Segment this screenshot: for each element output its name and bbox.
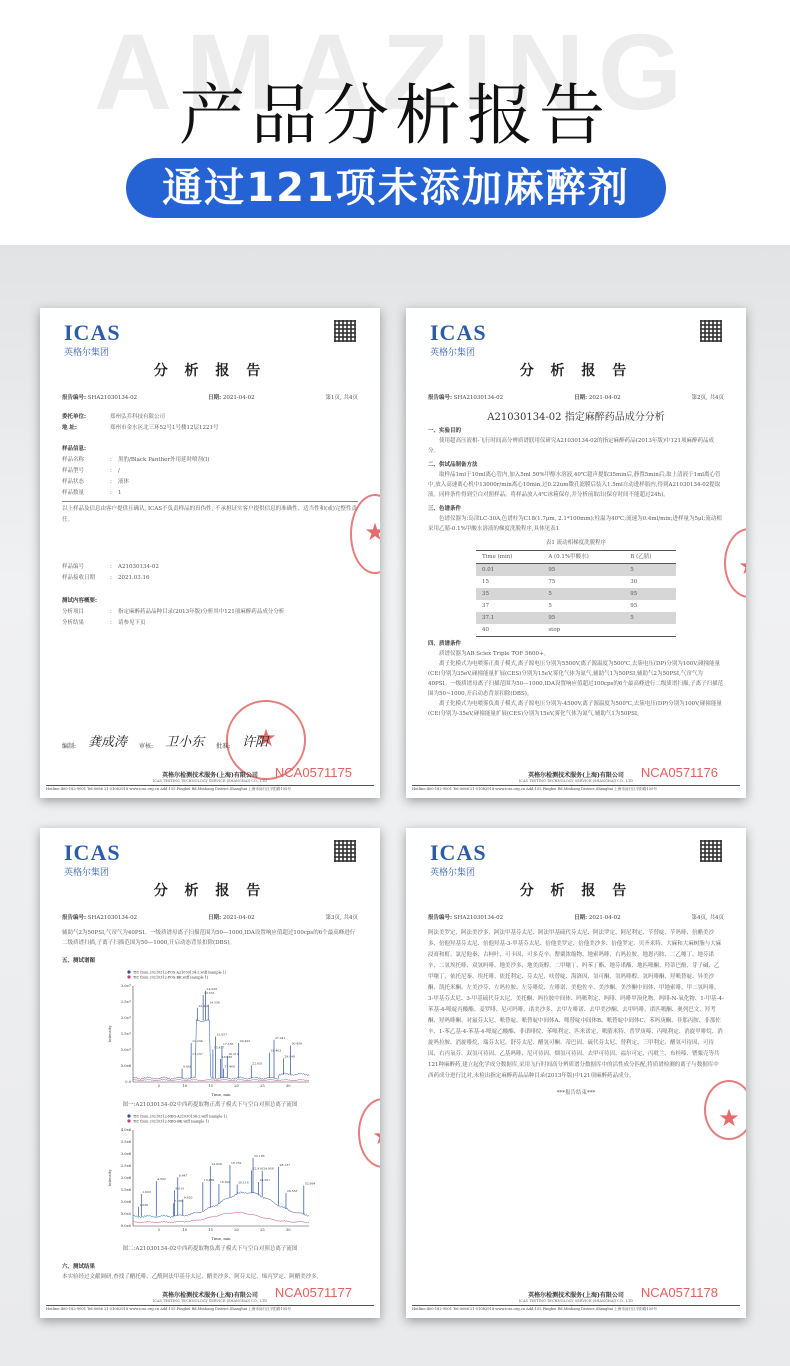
field-row: 样品编号:A21030134-02 (62, 562, 358, 573)
table-cell: 35 (476, 588, 542, 600)
sample-info-heading: 样品信息: (62, 444, 358, 455)
page-number: 第3页, 共4页 (325, 913, 358, 921)
qr-code-icon (334, 320, 356, 342)
svg-text:15.937: 15.937 (216, 1033, 227, 1037)
field-row: 样品名称:黑豹/Black Panther外用延时喷剂(I) (62, 455, 358, 466)
disclaimer: 以上样品及信息由客户提供且确认, ICAS不负责样品的真伪性, 不承担证实客户提… (62, 504, 358, 526)
report-meta: 报告编号: SHA21030134-02 日期: 2021-04-02 第4页,… (428, 913, 724, 921)
svg-text:24.261: 24.261 (260, 1178, 271, 1182)
prepared-signature: 龚成涛 (88, 731, 127, 750)
table-cell: 40 (476, 624, 542, 637)
report-date: 2021-04-02 (589, 915, 621, 921)
doc-title: 分 析 报 告 (406, 360, 746, 380)
svg-text:1.5e6: 1.5e6 (121, 1188, 132, 1192)
table-header: B (乙腈) (624, 551, 676, 564)
field-value: 请参见下页 (118, 618, 146, 629)
field-label: 样品型号 (62, 466, 110, 477)
report-date: 2021-04-02 (223, 915, 255, 921)
client-info: 委托单位:郑州弘乔科技有限公司 地 址:郑州市金水区北三环52号1号楼12层12… (62, 412, 358, 629)
table-row: 37595 (476, 600, 676, 612)
section-text: 色谱仪器为:岛津LC-30A,色谱柱为C18(1.7μm, 2.1*100mm)… (428, 514, 724, 534)
table-cell: 5 (624, 612, 676, 624)
chart-section-heading: 五、测试谱图 (62, 956, 358, 966)
test-fields: 分析项目:指定麻醉药品品种目录(2013年版)分析其中121项麻醉药品成分分析分… (62, 607, 358, 629)
svg-text:20.118: 20.118 (238, 1180, 249, 1184)
table-header: Time (min) (476, 551, 542, 564)
svg-text:29.553: 29.553 (287, 1189, 298, 1193)
analysis-subtitle: A21030134-02 指定麻醉药品成分分析 (406, 408, 746, 423)
svg-text:17.185: 17.185 (223, 1042, 234, 1046)
logo-subtext: 英格尔集团 (64, 865, 121, 878)
table-cell: 75 (542, 576, 624, 588)
table-row: 35595 (476, 588, 676, 600)
field-row: 样品型号:/ (62, 466, 358, 477)
field-colon: : (110, 607, 118, 618)
contact-line: Hotline:400-182-9001 Tel:0086 21-5108291… (46, 1305, 374, 1312)
table-cell: 95 (624, 600, 676, 612)
svg-text:20: 20 (234, 1228, 239, 1232)
seal-edge-icon (704, 1080, 746, 1140)
svg-text:8.015: 8.015 (175, 1186, 184, 1190)
result-heading: 六、测试结果 (62, 1262, 358, 1272)
svg-text:20.422: 20.422 (240, 1039, 251, 1043)
svg-text:20: 20 (234, 1084, 239, 1088)
page-number: 第2页, 共4页 (691, 393, 724, 401)
table-cell: 0.01 (476, 564, 542, 577)
field-colon: : (110, 488, 118, 499)
ms-paragraph: 质谱仪器为AB Sciex Triple TOF 5600+。 (428, 649, 724, 659)
report-page-1[interactable]: ICAS 英格尔集团 分 析 报 告 报告编号: SHA21030134-02 … (40, 308, 380, 798)
svg-text:13.489: 13.489 (204, 1178, 215, 1182)
report-meta: 报告编号: SHA21030134-02 日期: 2021-04-02 第3页,… (62, 913, 358, 921)
ms-conditions-heading: 四、质谱条件 (428, 639, 724, 649)
section-text: 取样品1ml于10ml离心管内,加入5ml 50%甲醇水溶液,40℃超声提取35… (428, 470, 724, 500)
ms-paragraph: 离子化模式为电喷雾正离子模式,离子源电压分别为5500V,离子源温度为500℃,… (428, 659, 724, 699)
approved-label: 批准: (216, 741, 230, 750)
section-heading: 三、色谱条件 (428, 504, 724, 514)
intro-text: 辅助气2为50PSI,气帘气为40PSI。一级质谱母离子扫描范围为50—1000… (62, 928, 358, 948)
approved-signature: 许阳 (242, 731, 268, 750)
svg-text:8.647: 8.647 (179, 1173, 188, 1177)
table-header: A (0.1%甲酸水) (542, 551, 624, 564)
svg-text:22.851: 22.851 (252, 1061, 263, 1065)
field-value: 黑豹/Black Panther外用延时喷剂(I) (118, 455, 209, 466)
figure-2-caption: 图二:A21030134-02中西药提取物负离子模式下与空白对照总离子流图 (62, 1244, 358, 1254)
signature-line: 编制: 龚成涛 审核: 卫小东 批准: 许阳 (62, 731, 358, 750)
svg-text:29.048: 29.048 (284, 1054, 295, 1058)
page-number: 第4页, 共4页 (691, 913, 724, 921)
field-colon: : (110, 477, 118, 488)
table-cell: 37 (476, 600, 542, 612)
svg-text:Time, min: Time, min (211, 1092, 231, 1097)
company-name: 英格尔检测技术服务(上海)有限公司 (46, 1290, 374, 1299)
svg-text:4.502: 4.502 (157, 1177, 166, 1181)
date-label: 日期: (574, 915, 587, 921)
svg-text:2.0e7: 2.0e7 (121, 1016, 132, 1020)
logo-subtext: 英格尔集团 (64, 345, 121, 358)
substance-list: 阿法美罗定、阿法美沙多、阿法甲基芬太尼、阿法甲基硫代芬太尼、阿法罗定、阿尼利定、… (428, 928, 724, 1082)
contact-line: Hotline:400-182-9001 Tel:0086 21-5108291… (46, 785, 374, 792)
report-no-label: 报告编号: (428, 915, 452, 921)
svg-text:TIC from 20210312-NEG-A2103013: TIC from 20210312-NEG-A21030134-2.wiff (… (133, 1115, 228, 1119)
table-cell: 5 (624, 564, 676, 577)
field-colon: : (110, 455, 118, 466)
table-cell: 5 (542, 600, 624, 612)
logo-text: ICAS (64, 842, 121, 864)
svg-text:Intensity: Intensity (107, 1169, 112, 1187)
svg-text:Time, min: Time, min (211, 1236, 231, 1241)
table-cell: 5 (542, 588, 624, 600)
address-label: 地 址: (62, 423, 110, 434)
svg-text:14.028: 14.028 (207, 987, 218, 991)
report-page-2[interactable]: ICAS 英格尔集团 分 析 报 告 报告编号: SHA21030134-02 … (406, 308, 746, 798)
svg-text:30.456: 30.456 (292, 1042, 303, 1046)
report-no-label: 报告编号: (62, 395, 86, 401)
svg-text:15: 15 (208, 1228, 213, 1232)
field-value: 液体 (118, 477, 129, 488)
doc-title: 分 析 报 告 (406, 880, 746, 900)
figure-1-caption: 图一:A21030134-02中西药提取物正离子模式下与空白对照总离子流图 (62, 1100, 358, 1110)
doc-title: 分 析 报 告 (40, 360, 380, 380)
svg-text:0.0e0: 0.0e0 (121, 1224, 132, 1228)
field-label: 样品数量 (62, 488, 110, 499)
address-value: 郑州市金水区北三环52号1号楼12层1221号 (110, 423, 219, 434)
svg-text:26.403: 26.403 (271, 1049, 282, 1053)
sample-fields: 样品名称:黑豹/Black Panther外用延时喷剂(I)样品型号:/样品状态… (62, 455, 358, 499)
date-label: 日期: (208, 915, 221, 921)
svg-text:9.480: 9.480 (183, 1065, 192, 1069)
company-name-en: ICAS TESTING TECHNOLOGY SERVICE (SHANGHA… (412, 1299, 740, 1303)
report-no-label: 报告编号: (428, 395, 452, 401)
svg-text:3.0e6: 3.0e6 (121, 1152, 132, 1156)
table-cell: stop (542, 624, 624, 637)
field-value: / (118, 466, 120, 477)
report-date: 2021-04-02 (223, 395, 255, 401)
report-page-4[interactable]: ICAS 英格尔集团 分 析 报 告 报告编号: SHA21030134-02 … (406, 828, 746, 1318)
svg-text:5: 5 (158, 1084, 161, 1088)
svg-text:TIC from 20210312-POS-A2103013: TIC from 20210312-POS-A21030134-2.wiff (… (133, 971, 227, 975)
table-cell: 37.1 (476, 612, 542, 624)
page-footer: 英格尔检测技术服务(上海)有限公司 ICAS TESTING TECHNOLOG… (412, 770, 740, 792)
svg-text:5.0e5: 5.0e5 (121, 1212, 132, 1216)
svg-text:TIC from 20210312-POS-BK.wiff: TIC from 20210312-POS-BK.wiff (sample 1) (133, 976, 209, 980)
svg-text:3.0e7: 3.0e7 (121, 984, 132, 988)
field-label: 样品接收日期 (62, 573, 110, 584)
svg-text:14.536: 14.536 (209, 1001, 220, 1005)
svg-text:1.038: 1.038 (139, 1203, 148, 1207)
svg-text:2.5e7: 2.5e7 (121, 1000, 132, 1004)
company-name-en: ICAS TESTING TECHNOLOGY SERVICE (SHANGHA… (412, 779, 740, 783)
section-heading: 一、实验目的 (428, 426, 724, 436)
table-row: 40stop (476, 624, 676, 637)
date-label: 日期: (574, 395, 587, 401)
company-name-en: ICAS TESTING TECHNOLOGY SERVICE (SHANGHA… (46, 1299, 374, 1303)
table-cell: 95 (542, 612, 624, 624)
svg-text:25: 25 (260, 1228, 265, 1232)
table-cell (624, 624, 676, 637)
svg-text:9.620: 9.620 (184, 1195, 193, 1199)
logo-text: ICAS (64, 322, 121, 344)
icas-logo: ICAS 英格尔集团 (64, 322, 121, 358)
svg-text:24.958: 24.958 (263, 1167, 274, 1171)
field-colon: : (110, 618, 118, 629)
prepared-label: 编制: (62, 741, 76, 750)
table-row: 157530 (476, 576, 676, 588)
report-no: SHA21030134-02 (454, 915, 503, 921)
svg-text:10: 10 (182, 1228, 187, 1232)
client-label: 委托单位: (62, 412, 110, 423)
date-label: 日期: (208, 395, 221, 401)
result-text: 本实验经过文献调研,查找了醋托啡、乙酰阿法甲基芬太尼、醋美沙多、阿芬太尼、烯丙罗… (62, 1272, 358, 1282)
report-page-3[interactable]: ICAS 英格尔集团 分 析 报 告 报告编号: SHA21030134-02 … (40, 828, 380, 1318)
svg-text:1.603: 1.603 (142, 1190, 151, 1194)
ms-conditions: 质谱仪器为AB Sciex Triple TOF 5600+。离子化模式为电喷雾… (428, 649, 724, 719)
seal-edge-icon (724, 528, 746, 598)
svg-text:30: 30 (286, 1228, 291, 1232)
field-row: 样品数量:1 (62, 488, 358, 499)
icas-logo: ICAS 英格尔集团 (64, 842, 121, 878)
contact-line: Hotline:400-182-9001 Tel:0086 21-5108291… (412, 785, 740, 792)
qr-code-icon (334, 840, 356, 862)
report-meta: 报告编号: SHA21030134-02 日期: 2021-04-02 第2页,… (428, 393, 724, 401)
field-colon: : (110, 466, 118, 477)
field-label: 分析结果 (62, 618, 110, 629)
svg-text:3.5e6: 3.5e6 (121, 1140, 132, 1144)
field-row: 分析结果:请参见下页 (62, 618, 358, 629)
field-row: 分析项目:指定麻醉药品品种目录(2013年版)分析其中121项麻醉药品成分分析 (62, 607, 358, 618)
svg-text:1.0e7: 1.0e7 (121, 1048, 132, 1052)
svg-text:7.786: 7.786 (174, 1199, 183, 1203)
section-text: 使用超高压液相-飞行时间高分辨质谱联用仪研究A21030134-02的指定麻醉药… (428, 436, 724, 456)
svg-text:28.137: 28.137 (280, 1163, 291, 1167)
field-value: 2021.03.16 (118, 573, 150, 584)
field-row: 样品接收日期:2021.03.16 (62, 573, 358, 584)
svg-text:22.916: 22.916 (253, 1166, 264, 1170)
company-name: 英格尔检测技术服务(上海)有限公司 (412, 1290, 740, 1299)
ms-paragraph: 离子化模式为电喷雾负离子模式,离子源电压分别为-4500V,离子源温度为500℃… (428, 699, 724, 719)
svg-text:TIC from 20210312-NEG-BK.wiff: TIC from 20210312-NEG-BK.wiff (sample 1) (133, 1120, 210, 1124)
svg-text:27.241: 27.241 (275, 1036, 286, 1040)
svg-text:23.186: 23.186 (254, 1154, 265, 1158)
field-value: 指定麻醉药品品种目录(2013年版)分析其中121项麻醉药品成分分析 (118, 607, 284, 618)
svg-text:1.0e6: 1.0e6 (121, 1200, 132, 1204)
gradient-table: Time (min)A (0.1%甲酸水)B (乙腈) 0.0195515753… (476, 550, 676, 637)
report-meta: 报告编号: SHA21030134-02 日期: 2021-04-02 第1页,… (62, 393, 358, 401)
feature-badge: 通过121项未添加麻醉剂 (126, 158, 666, 218)
svg-text:14.929: 14.929 (211, 1162, 222, 1166)
svg-text:4.0e6: 4.0e6 (121, 1128, 132, 1132)
report-no-label: 报告编号: (62, 915, 86, 921)
field-label: 样品状态 (62, 477, 110, 488)
experiment-sections: 一、实验目的使用超高压液相-飞行时间高分辨质谱联用仪研究A21030134-02… (428, 426, 724, 534)
field-colon: : (110, 562, 118, 573)
table-row: 0.01955 (476, 564, 676, 577)
field-colon: : (110, 573, 118, 584)
report-no: SHA21030134-02 (88, 915, 137, 921)
qr-code-icon (700, 320, 722, 342)
page-number: 第1页, 共4页 (325, 393, 358, 401)
page-footer: 英格尔检测技术服务(上海)有限公司 ICAS TESTING TECHNOLOG… (46, 1290, 374, 1312)
company-name-en: ICAS TESTING TECHNOLOGY SERVICE (SHANGHA… (46, 779, 374, 783)
field-value: A21030134-02 (118, 562, 159, 573)
chart-positive-mode: TIC from 20210312-POS-A21030134-2.wiff (… (105, 968, 315, 1098)
logo-text: ICAS (430, 842, 487, 864)
logo-subtext: 英格尔集团 (430, 865, 487, 878)
logo-text: ICAS (430, 322, 487, 344)
page-footer: 英格尔检测技术服务(上海)有限公司 ICAS TESTING TECHNOLOG… (412, 1290, 740, 1312)
svg-text:25: 25 (260, 1084, 265, 1088)
report-end-marker: ***报告结束*** (428, 1088, 724, 1099)
svg-text:11.234: 11.234 (192, 1039, 203, 1043)
company-name: 英格尔检测技术服务(上海)有限公司 (412, 770, 740, 779)
svg-text:10: 10 (182, 1084, 187, 1088)
company-name: 英格尔检测技术服务(上海)有限公司 (46, 770, 374, 779)
seal-edge-icon (358, 1098, 380, 1168)
svg-text:30: 30 (286, 1084, 291, 1088)
svg-text:1.5e7: 1.5e7 (121, 1032, 132, 1036)
client-value: 郑州弘乔科技有限公司 (110, 412, 165, 423)
svg-text:11.237: 11.237 (192, 1052, 203, 1056)
test-summary-heading: 测试内容概要: (62, 596, 358, 607)
table-cell: 15 (476, 576, 542, 588)
field-row: 样品状态:液体 (62, 477, 358, 488)
table-row: 37.1955 (476, 612, 676, 624)
table-caption: 表1 流动相梯度洗脱程序 (428, 538, 724, 548)
field-value: 1 (118, 488, 122, 499)
svg-text:5: 5 (158, 1228, 161, 1232)
doc-title: 分 析 报 告 (40, 880, 380, 900)
field-label: 分析项目 (62, 607, 110, 618)
svg-text:12.424: 12.424 (198, 1004, 209, 1008)
reviewed-signature: 卫小东 (165, 731, 204, 750)
svg-text:32.994: 32.994 (305, 1182, 315, 1186)
svg-text:0.0: 0.0 (125, 1080, 131, 1084)
page-footer: 英格尔检测技术服务(上海)有限公司 ICAS TESTING TECHNOLOG… (46, 770, 374, 792)
report-no: SHA21030134-02 (88, 395, 137, 401)
table-cell: 95 (624, 588, 676, 600)
svg-text:2.0e6: 2.0e6 (121, 1176, 132, 1180)
experiment-body: 一、实验目的使用超高压液相-飞行时间高分辨质谱联用仪研究A21030134-02… (428, 426, 724, 719)
svg-text:18.732: 18.732 (231, 1161, 242, 1165)
table-cell: 95 (542, 564, 624, 577)
icas-logo: ICAS 英格尔集团 (430, 842, 487, 878)
svg-text:18.210: 18.210 (228, 1052, 239, 1056)
icas-logo: ICAS 英格尔集团 (430, 322, 487, 358)
substance-list-body: 阿法美罗定、阿法美沙多、阿法甲基芬太尼、阿法甲基硫代芬太尼、阿法罗定、阿尼利定、… (428, 928, 724, 1099)
svg-text:5.0e6: 5.0e6 (121, 1064, 132, 1068)
page-title: 产品分析报告 (0, 62, 790, 157)
svg-text:15: 15 (208, 1084, 213, 1088)
logo-subtext: 英格尔集团 (430, 345, 487, 358)
contact-line: Hotline:400-182-9001 Tel:0086 21-5108291… (412, 1305, 740, 1312)
svg-text:16.602: 16.602 (220, 1180, 231, 1184)
sample-fields-2: 样品编号:A21030134-02样品接收日期:2021.03.16 (62, 562, 358, 584)
page-header: AMAZING 产品分析报告 通过121项未添加麻醉剂 (0, 0, 790, 245)
field-label: 样品编号 (62, 562, 110, 573)
field-label: 样品名称 (62, 455, 110, 466)
svg-text:Intensity: Intensity (107, 1025, 112, 1043)
svg-text:2.5e6: 2.5e6 (121, 1164, 132, 1168)
report-no: SHA21030134-02 (454, 395, 503, 401)
chart-body: 辅助气2为50PSI,气帘气为40PSI。一级质谱母离子扫描范围为50—1000… (62, 928, 358, 1282)
section-heading: 二、供试品制备方法 (428, 460, 724, 470)
reviewed-label: 审核: (139, 741, 153, 750)
table-cell: 30 (624, 576, 676, 588)
report-date: 2021-04-02 (589, 395, 621, 401)
qr-code-icon (700, 840, 722, 862)
svg-text:17.460: 17.460 (224, 1065, 235, 1069)
chart-negative-mode: TIC from 20210312-NEG-A21030134-2.wiff (… (105, 1112, 315, 1242)
